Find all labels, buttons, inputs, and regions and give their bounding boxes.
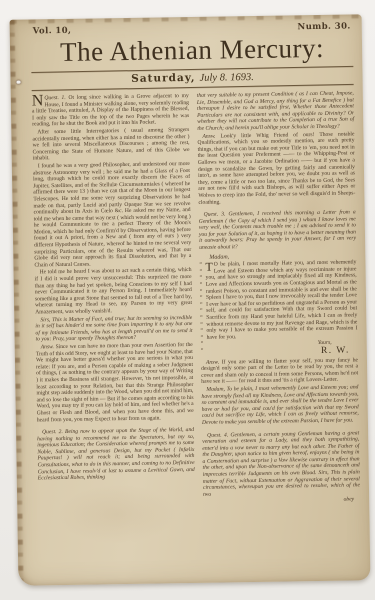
- letter-text: O be plain, I most mortally Hate you, an…: [206, 260, 358, 341]
- left-column: Quest. 1. NOt long since walking in a Gr…: [32, 93, 195, 508]
- letter-signature: R. W.: [201, 347, 358, 356]
- question-3-paragraph: Quest. 3. Gentlemen, I received this mor…: [199, 209, 357, 251]
- answer-label: Answ.: [206, 359, 219, 365]
- answer-2-paragraph: Answ. Look'y little Whig Friend of ours!…: [197, 131, 355, 206]
- question-4-label: Quest. 4.: [207, 432, 228, 438]
- issue-number-label: Numb. 30.: [297, 21, 350, 32]
- page-content: Vol. 10, Numb. 30. The Athenian Mercury:…: [10, 14, 370, 508]
- paragraph: After some little Interrogatories ( usua…: [32, 127, 189, 162]
- quoted-letter-paragraph: “ “ “ “ “ “ “ “ “ “ “ “ “ “ TO be plain,…: [199, 260, 357, 342]
- question-1-paragraph: Quest. 1. NOt long since walking in a Gr…: [32, 93, 189, 128]
- paragraph-text: Look'y little Whig Friend of ours! Those…: [197, 131, 355, 205]
- question-2-continued-paragraph: that very suitable to my present Conditi…: [197, 90, 355, 132]
- question-2-label: Quest. 2.: [42, 429, 63, 435]
- answer-label: Answ.: [41, 344, 54, 350]
- paragraph: I found he was a very good Philosopher, …: [33, 161, 192, 269]
- right-column: that very suitable to my present Conditi…: [197, 90, 360, 505]
- answer-1-paragraph: Answ. Since we can have no more than you…: [36, 342, 194, 424]
- catchword: obey: [203, 497, 360, 506]
- question-1-label: Quest. 1.: [44, 95, 65, 101]
- question-2-paragraph: Quest. 2. Being now to appear upon the S…: [37, 427, 195, 482]
- photo-background: Vol. 10, Numb. 30. The Athenian Mercury:…: [0, 0, 375, 600]
- paragraph-text: To be plain, I most vehemently Love and …: [201, 384, 358, 425]
- page-title: The Athenian Mercury:: [31, 32, 353, 67]
- date-label: July 8. 1693.: [199, 72, 253, 84]
- paragraph-text: Gentlemen, a certain young Gentleman hav…: [202, 430, 360, 498]
- answer-label: Answ.: [202, 133, 215, 139]
- newspaper-page: Vol. 10, Numb. 30. The Athenian Mercury:…: [10, 14, 371, 585]
- rewritten-letter-paragraph: Madam, To be plain, I most vehemently Lo…: [201, 384, 359, 426]
- paragraph-text: If you are willing to flatter your self,…: [201, 357, 358, 385]
- paragraph-text: Since we can have no more than your own …: [36, 342, 194, 423]
- paragraph: He told me he heard I was about to act s…: [35, 267, 193, 316]
- dropcap-n: N: [32, 95, 45, 108]
- correspondent-closing-paragraph: Sirs, This is Matter of Fact, and true; …: [35, 315, 192, 344]
- madam-label: Madam,: [206, 386, 225, 392]
- paragraph-text: Being now to appear upon the Stage of th…: [37, 427, 195, 482]
- weekday-label: Saturday,: [131, 72, 195, 85]
- volume-label: Vol. 10,: [33, 26, 72, 37]
- two-column-body: Quest. 1. NOt long since walking in a Gr…: [32, 90, 360, 508]
- question-4-paragraph: Quest. 4. Gentlemen, a certain young Gen…: [202, 430, 360, 498]
- question-3-label: Quest. 3.: [204, 212, 226, 218]
- quote-marks-gutter: “ “ “ “ “ “ “ “ “ “ “ “ “ “: [199, 262, 203, 354]
- answer-3-paragraph: Answ. If you are willing to flatter your…: [201, 357, 358, 386]
